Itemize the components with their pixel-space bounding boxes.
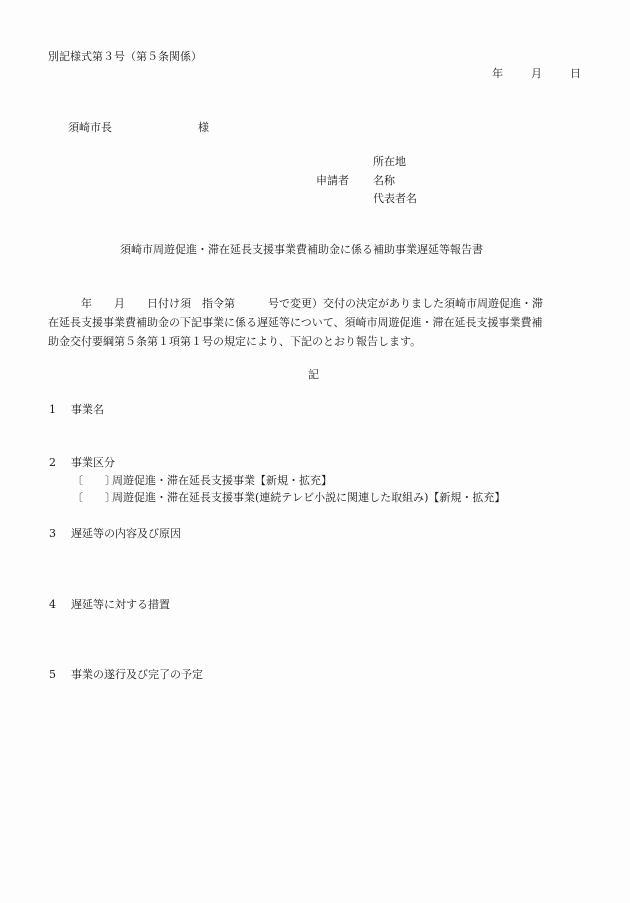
section-label: 事業名 (71, 403, 104, 416)
section-project-name: 1事業名 (49, 404, 104, 415)
date-day-label: 日 (570, 68, 581, 79)
section-completion-schedule: 5事業の遂行及び完了の予定 (49, 669, 203, 680)
applicant-location-label: 所在地 (373, 156, 406, 167)
date-month-label: 月 (531, 68, 542, 79)
date-line: 年月日 (492, 68, 581, 79)
applicant-representative-label: 代表者名 (373, 193, 417, 204)
ki-heading: 記 (308, 369, 319, 380)
category-option: 〔 〕周遊促進・滞在延長支援事業(連続テレビ小説に関連した取組み)【新規・拡充】 (72, 492, 505, 503)
section-label: 事業の遂行及び完了の予定 (71, 668, 203, 681)
date-year-label: 年 (492, 68, 503, 79)
form-number: 別記様式第３号（第５条関係） (48, 51, 202, 62)
section-label: 遅延等に対する措置 (71, 598, 170, 611)
section-delay-measures: 4遅延等に対する措置 (49, 599, 170, 610)
category-option: 〔 〕周遊促進・滞在延長支援事業【新規・拡充】 (72, 475, 332, 486)
document-title: 須崎市周遊促進・滞在延長支援事業費補助金に係る補助事業遅延等報告書 (120, 244, 483, 255)
section-label: 事業区分 (71, 456, 115, 469)
body-line: 在延長支援事業費補助金の下記事業に係る遅延等について、須崎市周遊促進・滞在延長支… (48, 313, 588, 332)
addressee-honorific: 様 (198, 122, 209, 133)
body-line: 助金交付要綱第５条第１項第１号の規定により、下記のとおり報告します。 (48, 332, 588, 351)
category-checkbox-bracket[interactable]: 〔 〕 (72, 492, 112, 503)
addressee-name: 須崎市長 (68, 122, 112, 133)
category-option-text: 周遊促進・滞在延長支援事業(連続テレビ小説に関連した取組み)【新規・拡充】 (112, 491, 505, 504)
body-line: 年 月 日付け須 指令第 号で変更）交付の決定がありました須崎市周遊促進・滞 (48, 294, 588, 313)
body-paragraph: 年 月 日付け須 指令第 号で変更）交付の決定がありました須崎市周遊促進・滞 在… (48, 294, 588, 351)
section-number: 3 (49, 528, 71, 539)
section-number: 2 (49, 457, 71, 468)
category-checkbox-bracket[interactable]: 〔 〕 (72, 475, 112, 486)
section-number: 4 (49, 599, 71, 610)
section-number: 5 (49, 669, 71, 680)
applicant-label: 申請者 (316, 175, 349, 186)
applicant-name-label: 名称 (373, 175, 395, 186)
section-label: 遅延等の内容及び原因 (71, 527, 181, 540)
section-delay-cause: 3遅延等の内容及び原因 (49, 528, 181, 539)
section-project-category: 2事業区分 (49, 457, 115, 468)
category-option-text: 周遊促進・滞在延長支援事業【新規・拡充】 (112, 474, 332, 487)
section-number: 1 (49, 404, 71, 415)
